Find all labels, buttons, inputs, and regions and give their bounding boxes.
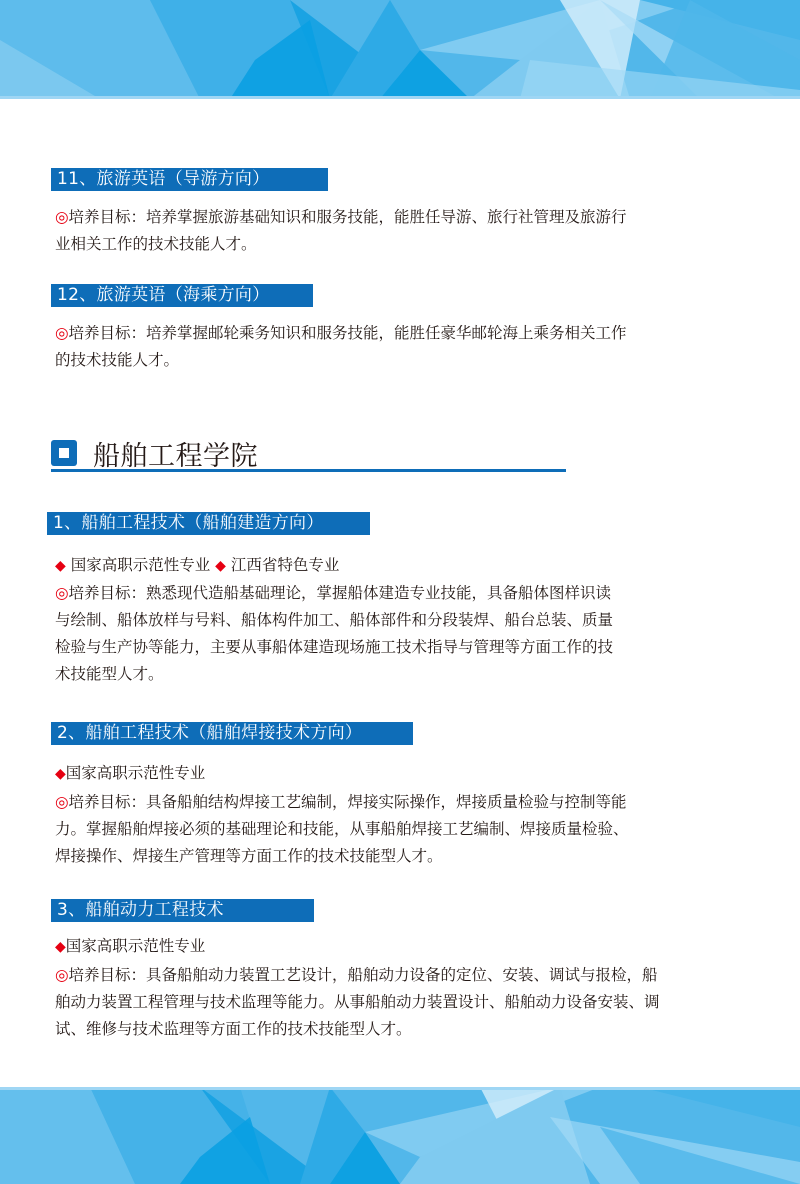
goal-line: ◎培养目标：熟悉现代造船基础理论，掌握船体建造专业技能，具备船体图样识读 xyxy=(55,580,745,607)
tag-label: 江西省特色专业 xyxy=(231,556,340,574)
goal-line: 舶动力装置工程管理与技术监理等能力。从事船舶动力装置设计、船舶动力设备安装、调 xyxy=(55,989,745,1016)
goal-line: 与绘制、船体放样与号料、船体构件加工、船体部件和分段装焊、船台总装、质量 xyxy=(55,607,745,634)
goal-line: 焊接操作、焊接生产管理等方面工作的技术技能型人才。 xyxy=(55,843,745,870)
major-heading-cruise: 12、旅游英语（海乘方向） xyxy=(51,284,313,307)
major-heading-tour-guide: 11、旅游英语（导游方向） xyxy=(51,168,328,191)
goal-text-cruise: ◎培养目标：培养掌握邮轮乘务知识和服务技能，能胜任豪华邮轮海上乘务相关工作 的技… xyxy=(55,320,745,374)
tag-label: 国家高职示范性专业 xyxy=(66,764,206,782)
geometric-pattern-icon xyxy=(0,0,800,99)
tags-welding: ◆国家高职示范性专业 xyxy=(55,760,745,787)
goal-line: 术技能型人才。 xyxy=(55,661,745,688)
goal-line: 检验与生产协等能力，主要从事船体建造现场施工技术指导与管理等方面工作的技 xyxy=(55,634,745,661)
goal-line: 业相关工作的技术技能人才。 xyxy=(55,231,745,258)
square-bullet-icon xyxy=(51,440,77,466)
tag-label: 国家高职示范性专业 xyxy=(71,556,211,574)
goal-line: ◎培养目标：具备船舶结构焊接工艺编制，焊接实际操作，焊接质量检验与控制等能 xyxy=(55,789,745,816)
double-circle-icon: ◎ xyxy=(55,584,69,602)
tags-shipbuilding: ◆ 国家高职示范性专业 ◆ 江西省特色专业 xyxy=(55,552,745,579)
goal-line: ◎培养目标：培养掌握旅游基础知识和服务技能，能胜任导游、旅行社管理及旅游行 xyxy=(55,204,745,231)
goal-line: 试、维修与技术监理等方面工作的技术技能型人才。 xyxy=(55,1016,745,1043)
goal-text-marine-power: ◎培养目标：具备船舶动力装置工艺设计，船舶动力设备的定位、安装、调试与报检，船 … xyxy=(55,962,745,1043)
section-title: 船舶工程学院 xyxy=(51,436,258,470)
geometric-pattern-icon xyxy=(0,1087,800,1184)
diamond-icon: ◆ xyxy=(55,939,66,955)
double-circle-icon: ◎ xyxy=(55,793,69,811)
diamond-icon: ◆ xyxy=(55,766,66,782)
section-title-text: 船舶工程学院 xyxy=(93,434,258,473)
goal-text-shipbuilding: ◎培养目标：熟悉现代造船基础理论，掌握船体建造专业技能，具备船体图样识读 与绘制… xyxy=(55,580,745,688)
double-circle-icon: ◎ xyxy=(55,966,69,984)
tag-label: 国家高职示范性专业 xyxy=(66,937,206,955)
goal-text-tour-guide: ◎培养目标：培养掌握旅游基础知识和服务技能，能胜任导游、旅行社管理及旅游行 业相… xyxy=(55,204,745,258)
goal-line: ◎培养目标：具备船舶动力装置工艺设计，船舶动力设备的定位、安装、调试与报检，船 xyxy=(55,962,745,989)
diamond-icon: ◆ xyxy=(215,558,226,574)
major-heading-marine-power: 3、船舶动力工程技术 xyxy=(51,899,314,922)
double-circle-icon: ◎ xyxy=(55,208,69,226)
goal-line: 力。掌握船舶焊接必须的基础理论和技能，从事船舶焊接工艺编制、焊接质量检验、 xyxy=(55,816,745,843)
diamond-icon: ◆ xyxy=(55,558,66,574)
major-heading-shipbuilding: 1、船舶工程技术（船舶建造方向） xyxy=(47,512,370,535)
goal-text-welding: ◎培养目标：具备船舶结构焊接工艺编制，焊接实际操作，焊接质量检验与控制等能 力。… xyxy=(55,789,745,870)
goal-line: ◎培养目标：培养掌握邮轮乘务知识和服务技能，能胜任豪华邮轮海上乘务相关工作 xyxy=(55,320,745,347)
tags-marine-power: ◆国家高职示范性专业 xyxy=(55,933,745,960)
section-divider xyxy=(51,469,566,472)
major-heading-welding: 2、船舶工程技术（船舶焊接技术方向） xyxy=(51,722,413,745)
top-banner xyxy=(0,0,800,99)
goal-line: 的技术技能人才。 xyxy=(55,347,745,374)
double-circle-icon: ◎ xyxy=(55,324,69,342)
bottom-banner xyxy=(0,1087,800,1184)
